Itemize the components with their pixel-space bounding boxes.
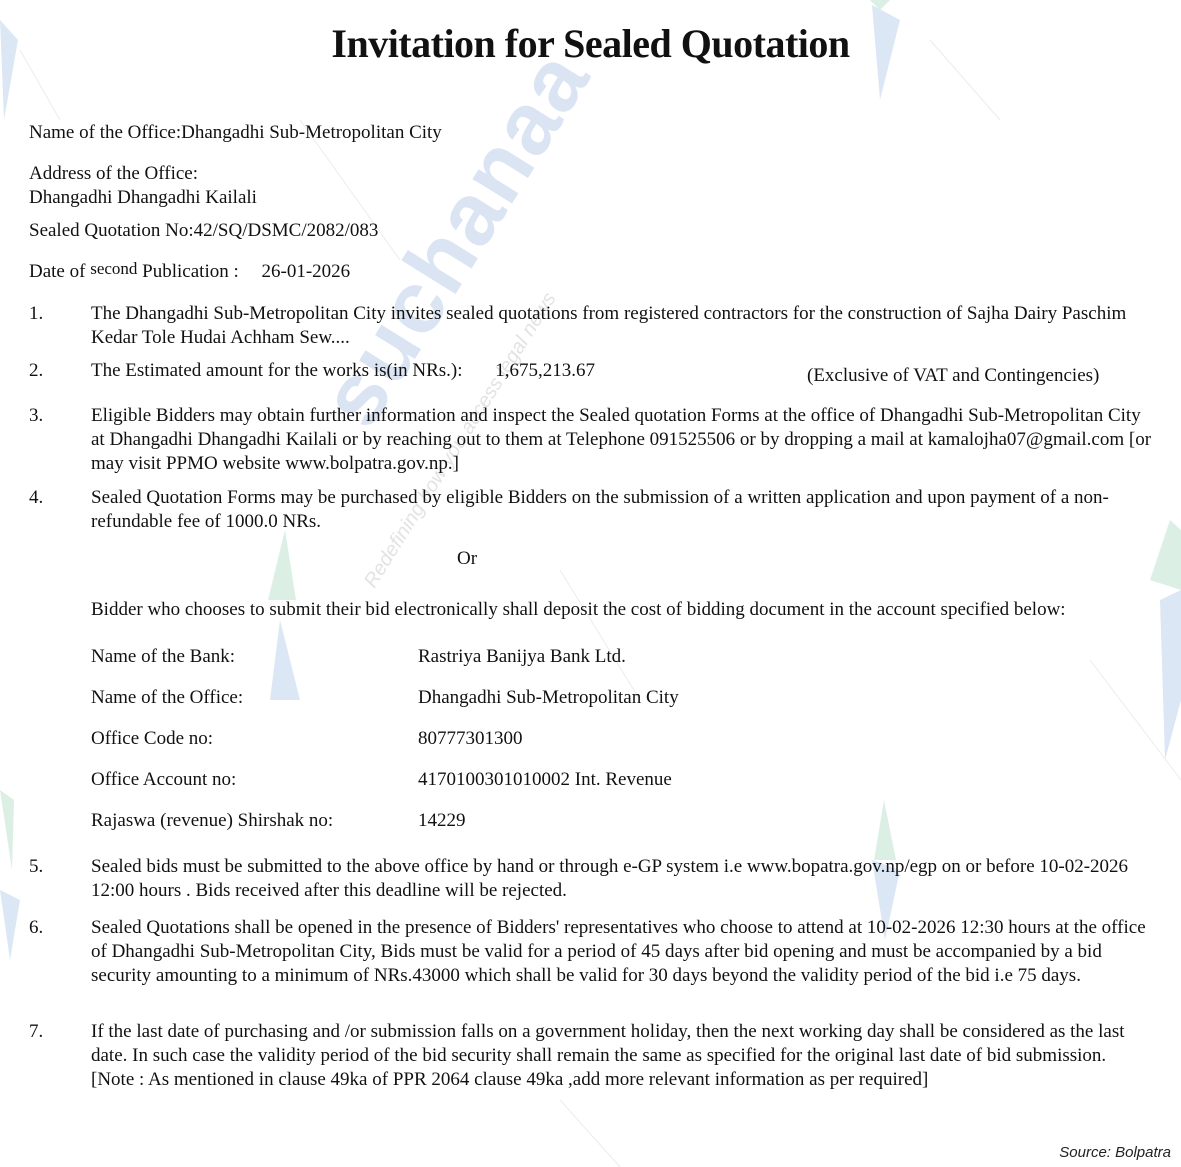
page-title: Invitation for Sealed Quotation [0, 20, 1181, 67]
bank-detail-value: 14229 [418, 810, 466, 831]
clause-3: 3. Eligible Bidders may obtain further i… [29, 404, 1159, 476]
clause-1: 1. The Dhangadhi Sub-Metropolitan City i… [29, 302, 1159, 350]
clause-7: 7. If the last date of purchasing and /o… [29, 1020, 1159, 1092]
clause-number: 2. [29, 359, 69, 383]
publication-date: 26-01-2026 [262, 261, 351, 282]
bank-detail-label: Office Code no: [91, 728, 418, 750]
clause-text: Sealed bids must be submitted to the abo… [91, 855, 1159, 903]
clause-text: Eligible Bidders may obtain further info… [91, 404, 1159, 476]
vat-note: (Exclusive of VAT and Contingencies) [807, 364, 1099, 388]
bank-detail-label: Office Account no: [91, 769, 418, 791]
bank-detail-label: Name of the Office: [91, 687, 418, 709]
clause-number: 3. [29, 404, 69, 428]
clause-text: Sealed Quotation Forms may be purchased … [91, 486, 1159, 534]
clause-number: 4. [29, 486, 69, 510]
quotation-number: Sealed Quotation No:42/SQ/DSMC/2082/083 [29, 219, 378, 243]
publication-date-line: Date of second Publication : 26-01-2026 [29, 260, 350, 284]
office-name: Name of the Office:Dhangadhi Sub-Metropo… [29, 121, 442, 145]
clause-number: 6. [29, 916, 69, 940]
bank-detail-row: Name of the Office:Dhangadhi Sub-Metropo… [91, 687, 679, 709]
bank-detail-value: 4170100301010002 Int. Revenue [418, 769, 672, 790]
bank-detail-label: Rajaswa (revenue) Shirshak no: [91, 810, 418, 832]
address-label: Address of the Office: [29, 162, 198, 186]
bank-detail-label: Name of the Bank: [91, 646, 418, 668]
clause-number: 5. [29, 855, 69, 879]
clause-note: [Note : As mentioned in clause 49ka of P… [91, 1068, 1159, 1092]
bank-detail-value: 80777301300 [418, 728, 523, 749]
publication-prefix: Date of [29, 261, 85, 282]
electronic-bid-instruction: Bidder who chooses to submit their bid e… [91, 599, 1066, 621]
bank-detail-row: Office Code no:80777301300 [91, 728, 523, 750]
clause-text: Sealed Quotations shall be opened in the… [91, 916, 1159, 988]
source-credit: Source: Bolpatra [1059, 1144, 1171, 1161]
clause-text: If the last date of purchasing and /or s… [91, 1020, 1159, 1068]
or-separator: Or [457, 548, 477, 570]
clause-text: The Dhangadhi Sub-Metropolitan City invi… [91, 302, 1159, 350]
clause-5: 5. Sealed bids must be submitted to the … [29, 855, 1159, 903]
clause-2: 2. The Estimated amount for the works is… [29, 359, 1159, 383]
bank-detail-value: Dhangadhi Sub-Metropolitan City [418, 687, 679, 708]
publication-ordinal: second [90, 259, 137, 278]
clause-number: 7. [29, 1020, 69, 1044]
bank-detail-row: Rajaswa (revenue) Shirshak no:14229 [91, 810, 466, 832]
estimated-amount: 1,675,213.67 [495, 359, 595, 383]
address-value: Dhangadhi Dhangadhi Kailali [29, 186, 257, 210]
bank-detail-row: Office Account no:4170100301010002 Int. … [91, 769, 672, 791]
clause-text: The Estimated amount for the works is(in… [91, 360, 463, 381]
clause-4: 4. Sealed Quotation Forms may be purchas… [29, 486, 1159, 534]
bank-detail-value: Rastriya Banijya Bank Ltd. [418, 646, 626, 667]
clause-6: 6. Sealed Quotations shall be opened in … [29, 916, 1159, 988]
publication-suffix: Publication : [142, 261, 239, 282]
clause-number: 1. [29, 302, 69, 326]
bank-detail-row: Name of the Bank:Rastriya Banijya Bank L… [91, 646, 626, 668]
